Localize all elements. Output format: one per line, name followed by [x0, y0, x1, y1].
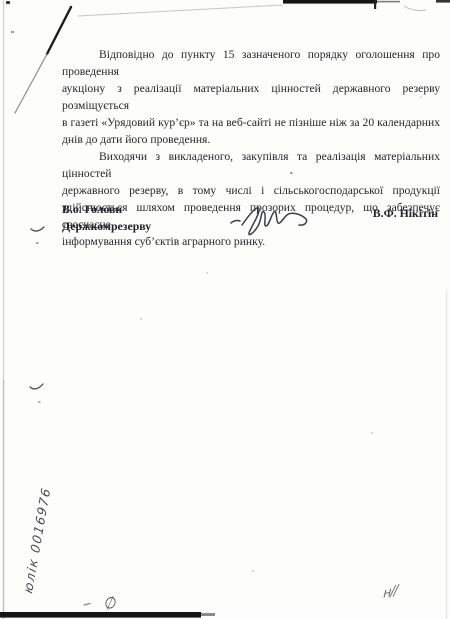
- noise-speck: [252, 570, 254, 572]
- paragraph-line: аукціону з реалізації матеріальних цінно…: [62, 80, 440, 114]
- corner-speck: [6, 1, 10, 4]
- noise-speck: [140, 318, 142, 320]
- margin-dot-1: [36, 242, 39, 244]
- signer-title-line1: В.о. Голови: [62, 201, 151, 218]
- signer-title: В.о. Голови Держкомрезерву: [62, 201, 151, 235]
- margin-curve-mark-1: [31, 227, 44, 231]
- paragraph-line: Відповідно до пункту 15 зазначеного поря…: [62, 46, 440, 80]
- top-right-bar: [283, 0, 377, 4]
- handwritten-signature-icon: [225, 193, 320, 241]
- noise-speck: [206, 272, 208, 274]
- noise-speck: [371, 432, 373, 434]
- handwritten-zero-mark: ∅: [103, 591, 118, 614]
- diagonal-scratch-faint: [15, 54, 47, 113]
- bottom-bar-fade: [201, 613, 215, 616]
- top-faint-line: [78, 5, 283, 16]
- signature-block: В.о. Голови Держкомрезерву В.Ф. Нікітін: [62, 201, 440, 251]
- scanned-document-page: Відповідно до пункту 15 зазначеного поря…: [0, 0, 450, 619]
- margin-curve-mark-2: [30, 384, 43, 389]
- paragraph-line: в газеті «Урядовий кур’єр» та на веб-сай…: [62, 114, 440, 131]
- margin-dot-2: [38, 401, 41, 403]
- bottom-bar: [0, 612, 201, 618]
- small-speck: [11, 31, 14, 33]
- handwritten-vertical-note: юлік 0016976: [20, 471, 57, 596]
- top-right-tick: [374, 0, 376, 9]
- bottom-dash: [84, 604, 90, 606]
- signer-name: В.Ф. Нікітін: [373, 206, 438, 221]
- top-right-corner-bar: [436, 0, 450, 3]
- paragraph: Відповідно до пункту 15 зазначеного поря…: [62, 46, 440, 148]
- top-right-bar-fade: [377, 1, 400, 3]
- paragraph-line: днів до дати його проведення.: [62, 131, 440, 148]
- top-right-curve-mark: [404, 6, 426, 11]
- paragraph-line: Виходячи з викладеного, закупівля та реа…: [62, 148, 440, 182]
- handwritten-initials-mark: н//: [383, 583, 398, 602]
- signer-title-line2: Держкомрезерву: [62, 218, 151, 235]
